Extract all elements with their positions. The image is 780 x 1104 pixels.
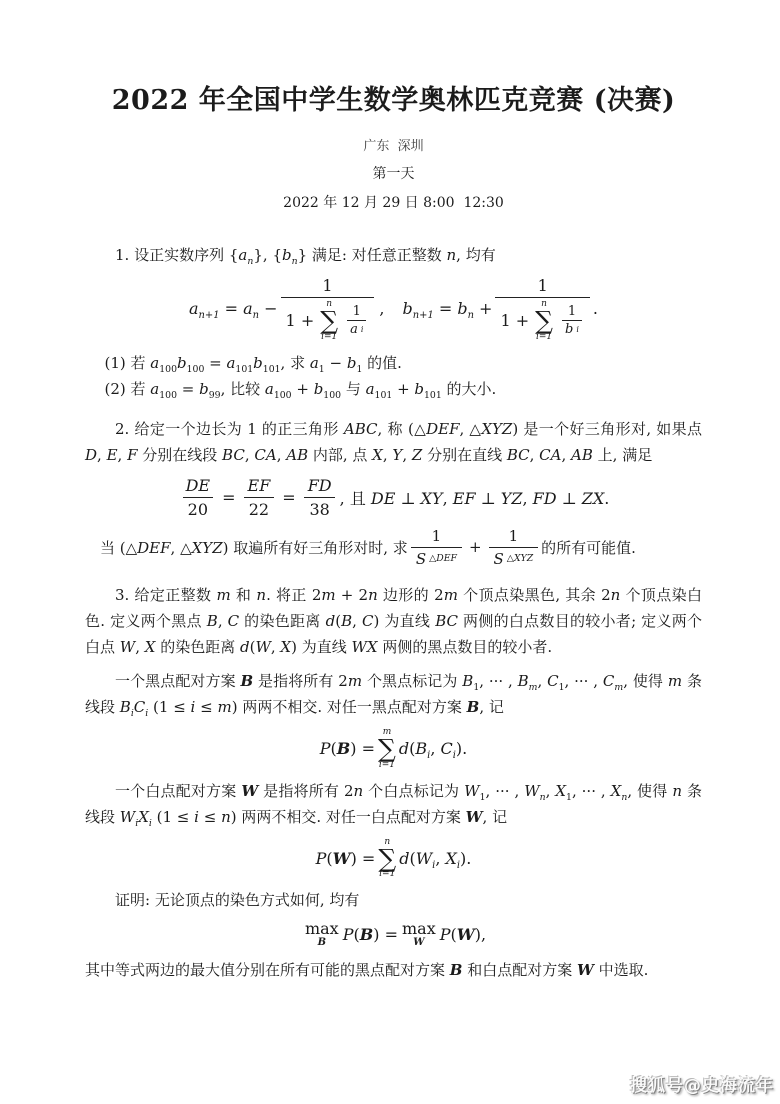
text-run: , — [402, 446, 412, 464]
math-variable: B — [207, 612, 218, 630]
math-variable: FD — [533, 489, 557, 508]
math-variable: Y — [392, 446, 402, 464]
text-run: (1 ≤ — [148, 698, 190, 716]
text-run: ) 为直线 — [373, 612, 435, 630]
formula1-a-lhs: an+1 = an − — [189, 299, 278, 318]
math-variable: n — [447, 246, 457, 264]
text-run: 边形的 2 — [378, 586, 444, 604]
math-variable: B — [415, 739, 427, 758]
math-variable: n — [368, 586, 378, 604]
math-variable: X — [611, 782, 622, 800]
text-run: 3. 给定正整数 — [115, 586, 216, 604]
problem1-part1: (1) 若 a100b100 = a101b101, 求 a1 − b1 的值. — [85, 350, 702, 376]
math-subscript: 100 — [274, 390, 292, 401]
math-variable: X — [138, 808, 149, 826]
text-run: ≤ — [199, 808, 221, 826]
math-variable: AB — [571, 446, 593, 464]
math-variable: n — [256, 586, 266, 604]
math-variable: b — [314, 380, 324, 398]
math-variable: X — [555, 782, 566, 800]
fraction: DE 20 — [181, 476, 216, 519]
math-variable: a — [189, 299, 199, 318]
text-run: 上, 满足 — [593, 446, 652, 464]
text-run: , ··· , — [486, 782, 525, 800]
text-run: ⊥ — [395, 489, 420, 508]
problem2-conclusion: 当 (△DEF, △XYZ) 取遍所有好三角形对时, 求 1 S△DEF + 1… — [85, 527, 702, 568]
problem3-black-formula: P(B) = m ∑ i=1 d(Bi, Ci). — [85, 728, 702, 770]
math-variable: XYZ — [481, 420, 512, 438]
math-variable: d — [399, 739, 409, 758]
math-subscript: m — [529, 682, 538, 693]
text-run: , △ — [171, 539, 192, 557]
text-run: 分别在直线 — [422, 446, 507, 464]
text-run: 个黑点标记为 — [362, 672, 462, 690]
fraction-denominator: 1 + n ∑ i=1 1 bi — [495, 297, 589, 342]
script-letter: W — [241, 782, 258, 800]
plus-sign: + — [469, 538, 482, 556]
text-run: , — [271, 638, 281, 656]
text-run: + — [474, 299, 493, 318]
fraction-numerator: DE — [181, 476, 216, 497]
math-variable: YZ — [501, 489, 523, 508]
summation: m ∑ i=1 — [378, 728, 396, 770]
problem1-statement: 1. 设正实数序列 {an}, {bn} 满足: 对任意正整数 n, 均有 — [85, 242, 702, 268]
text-run: , — [546, 782, 556, 800]
formula-lhs: P(W) = — [316, 849, 376, 868]
math-subscript: 101 — [424, 390, 442, 401]
problem3-white-formula: P(W) = n ∑ i=1 d(Wi, Xi). — [85, 838, 702, 880]
fraction: 1 1 + n ∑ i=1 1 ai — [281, 276, 375, 342]
math-variable: a — [150, 354, 159, 372]
fraction-numerator: FD — [303, 476, 337, 497]
math-variable: a — [310, 354, 319, 372]
text-run: , — [435, 849, 445, 868]
math-variable: m — [321, 586, 335, 604]
text-run: , — [430, 739, 440, 758]
text-run: 的所有可能值. — [541, 539, 636, 557]
math-variable: W — [416, 849, 432, 868]
math-variable: b — [565, 322, 573, 337]
math-variable: b — [177, 354, 187, 372]
conclusion-pre: 当 (△DEF, △XYZ) 取遍所有好三角形对时, 求 — [100, 537, 408, 558]
problem2-statement: 2. 给定一个边长为 1 的正三角形 ABC, 称 (△DEF, △XYZ) 是… — [85, 416, 702, 468]
problem3-final-line: 其中等式两边的最大值分别在所有可能的黑点配对方案 B 和白点配对方案 W 中选取… — [85, 957, 702, 983]
math-variable: AB — [286, 446, 308, 464]
math-variable: B — [120, 698, 131, 716]
text-run: ) 为直线 — [291, 638, 351, 656]
math-variable: m — [668, 672, 682, 690]
equals-sign: = — [222, 488, 235, 507]
math-variable: Z — [412, 446, 422, 464]
fraction-numerator: 1 — [565, 304, 579, 320]
math-variable: C — [441, 739, 453, 758]
fraction-numerator: 1 — [427, 527, 447, 547]
text-run: ) 两两不相交. 对任一黑点配对方案 — [232, 698, 467, 716]
max-under-script: B — [318, 938, 326, 949]
math-variable: ABC — [344, 420, 378, 438]
script-letter: W — [577, 961, 594, 979]
math-variable: XYZ — [192, 539, 223, 557]
text-run: 中选取. — [594, 961, 649, 979]
text-run: ⊥ — [476, 489, 501, 508]
text-run: 一个白点配对方案 — [115, 782, 241, 800]
text-run: , ··· , — [479, 672, 517, 690]
math-variable: b — [199, 380, 209, 398]
script-letter: B — [450, 961, 463, 979]
text-run: , — [352, 612, 362, 630]
script-letter: B — [467, 698, 480, 716]
sum-lower-limit: i=1 — [379, 870, 395, 879]
math-variable: C — [547, 672, 558, 690]
text-run: 的大小. — [442, 380, 497, 398]
math-variable: a — [366, 380, 375, 398]
math-variable: P — [316, 849, 327, 868]
text-run: , 记 — [479, 698, 504, 716]
formula-rhs: P(W), — [440, 925, 486, 944]
watermark: 搜狐号@史海流年 — [630, 1071, 774, 1096]
math-variable: m — [217, 698, 231, 716]
text-run: , ··· , — [572, 782, 611, 800]
text-run: , — [218, 612, 228, 630]
problem3-proof-line: 证明: 无论顶点的染色方式如何, 均有 — [85, 887, 702, 913]
math-variable: n — [221, 808, 231, 826]
math-subscript: 100 — [159, 364, 177, 375]
script-letter: B — [241, 672, 254, 690]
math-variable: m — [444, 586, 458, 604]
summation: n ∑ i=1 — [535, 300, 553, 342]
text-run: , — [245, 446, 255, 464]
math-variable: DEF — [426, 420, 459, 438]
math-variable: S — [494, 550, 504, 568]
math-variable: CA — [539, 446, 561, 464]
formula-tail: , 且 DE ⊥ XY, EF ⊥ YZ, FD ⊥ ZX. — [340, 486, 610, 509]
text-run: , — [443, 489, 453, 508]
fraction: FD 38 — [303, 476, 337, 519]
text-run: − — [259, 299, 278, 318]
math-variable: b — [457, 299, 467, 318]
text-run: 个白点标记为 — [363, 782, 464, 800]
text-run: ≤ — [195, 698, 217, 716]
text-run: − — [325, 354, 347, 372]
text-run: 2. 给定一个边长为 1 的正三角形 — [115, 420, 344, 438]
math-variable: BC — [435, 612, 458, 630]
script-letter: W — [466, 808, 483, 826]
formula1-b-lhs: bn+1 = bn + — [403, 299, 493, 318]
math-variable: C — [228, 612, 239, 630]
max-operator: max B — [305, 921, 339, 948]
math-variable: d — [240, 638, 250, 656]
math-subscript: 100 — [323, 390, 341, 401]
problem3-black-pairing: 一个黑点配对方案 B 是指将所有 2m 个黑点标记为 B1, ··· , Bm,… — [85, 668, 702, 720]
fraction: EF 22 — [243, 476, 276, 519]
text-run: 是指将所有 2 — [253, 672, 348, 690]
summation: n ∑ i=1 — [320, 300, 338, 342]
fraction: 1 S△XYZ — [489, 527, 539, 568]
text-run: 和白点配对方案 — [462, 961, 577, 979]
math-variable: DE — [371, 489, 396, 508]
math-variable: n — [672, 782, 682, 800]
text-run: ) = — [373, 925, 398, 944]
formula-separator: , — [379, 299, 384, 318]
denominator-prefix: 1 + — [500, 311, 529, 330]
math-variable: WX — [352, 638, 378, 656]
math-variable: P — [320, 739, 331, 758]
math-variable: W — [255, 638, 270, 656]
sigma-icon: ∑ — [378, 847, 396, 871]
problem3-statement: 3. 给定正整数 m 和 n. 将正 2m + 2n 边形的 2m 个顶点染黑色… — [85, 582, 702, 660]
problem1-formula: an+1 = an − 1 1 + n ∑ i=1 1 ai , bn+1 = … — [85, 276, 702, 342]
math-variable: BC — [507, 446, 530, 464]
max-label: max — [402, 921, 436, 938]
math-variable: d — [399, 849, 409, 868]
math-variable: b — [403, 299, 413, 318]
text-run: = — [434, 299, 458, 318]
math-variable: a — [243, 299, 253, 318]
text-run: , — [522, 489, 532, 508]
text-run: }, { — [253, 246, 282, 264]
text-run: ) 是一个好三角形对, 如果点 — [512, 420, 702, 438]
formula-rhs: d(Wi, Xi). — [399, 849, 471, 868]
text-run: ). — [456, 739, 467, 758]
text-run: ). — [460, 849, 471, 868]
text-run: 的染色距离 — [155, 638, 240, 656]
text-run: (1 ≤ — [152, 808, 194, 826]
math-variable: W — [464, 782, 479, 800]
text-run: 的值. — [362, 354, 402, 372]
text-run: , 求 — [281, 354, 310, 372]
math-variable: a — [265, 380, 274, 398]
problem3-white-pairing: 一个白点配对方案 W 是指将所有 2n 个白点标记为 W1, ··· , Wn,… — [85, 778, 702, 830]
math-variable: B — [341, 612, 352, 630]
fraction-numerator: 1 — [317, 276, 337, 297]
math-variable: b — [282, 246, 292, 264]
text-run: . — [604, 489, 609, 508]
formula-period: . — [593, 299, 598, 318]
math-variable: n — [611, 586, 621, 604]
script-letter: W — [457, 925, 475, 944]
math-variable: BC — [222, 446, 245, 464]
page-title: 2022 年全国中学生数学奥林匹克竞赛 (决赛) — [85, 78, 702, 117]
math-variable: m — [216, 586, 230, 604]
math-variable: B — [518, 672, 529, 690]
fraction-numerator: 1 — [504, 527, 524, 547]
fraction-denominator: 22 — [244, 497, 274, 519]
text-run: 和 — [231, 586, 257, 604]
max-under-script: W — [413, 938, 424, 949]
text-run: 是指将所有 2 — [258, 782, 353, 800]
text-run: 两侧的黑点数目的较小者. — [378, 638, 553, 656]
text-run: ) = — [350, 739, 375, 758]
fraction-denominator: bi — [562, 320, 582, 337]
text-run: . 将正 2 — [266, 586, 321, 604]
max-operator: max W — [402, 921, 436, 948]
text-run: 内部, 点 — [308, 446, 372, 464]
text-run: , — [97, 446, 107, 464]
text-run: 与 — [341, 380, 366, 398]
fraction-denominator: ai — [347, 320, 366, 337]
day-line: 第一天 — [85, 163, 702, 183]
text-run: , — [530, 446, 540, 464]
fraction-numerator: 1 — [350, 304, 364, 320]
fraction: 1 1 + n ∑ i=1 1 bi — [495, 276, 589, 342]
math-variable: P — [440, 925, 451, 944]
math-variable: X — [372, 446, 383, 464]
text-run: , 均有 — [456, 246, 496, 264]
math-subscript: n+1 — [413, 311, 434, 322]
problem2-formula: DE 20 = EF 22 = FD 38 , 且 DE ⊥ XY, EF ⊥ … — [85, 476, 702, 519]
math-variable: W — [120, 808, 135, 826]
text-run: ) 取遍所有好三角形对时, 求 — [223, 539, 408, 557]
fraction-numerator: EF — [243, 476, 276, 497]
math-variable: E — [107, 446, 118, 464]
sum-lower-limit: i=1 — [379, 761, 395, 770]
math-subscript: 101 — [375, 390, 393, 401]
inner-fraction: 1 bi — [562, 304, 582, 337]
math-variable: d — [326, 612, 336, 630]
text-run: 1. 设正实数序列 { — [115, 246, 238, 264]
script-letter: W — [333, 849, 351, 868]
text-run: , — [561, 446, 571, 464]
math-variable: b — [253, 354, 263, 372]
text-run: 的染色距离 — [239, 612, 325, 630]
text-run: (1) 若 — [105, 354, 151, 372]
text-run: , △ — [460, 420, 482, 438]
text-run: , 使得 — [623, 672, 668, 690]
math-subscript: 100 — [159, 390, 177, 401]
math-variable: ZX — [582, 489, 605, 508]
problem1-part2: (2) 若 a100 = b99, 比较 a100 + b100 与 a101 … — [85, 376, 702, 402]
summation: n ∑ i=1 — [378, 838, 396, 880]
script-letter: B — [360, 925, 374, 944]
math-variable: n — [354, 782, 364, 800]
sigma-icon: ∑ — [535, 309, 553, 333]
math-variable: DEF — [137, 539, 170, 557]
sigma-icon: ∑ — [378, 737, 396, 761]
math-variable: a — [350, 322, 358, 337]
fraction: 1 S△DEF — [411, 527, 462, 568]
math-subscript: m — [614, 682, 623, 693]
text-run: ), — [475, 925, 486, 944]
text-run: , — [538, 672, 548, 690]
text-run: , 记 — [483, 808, 508, 826]
text-run: + — [392, 380, 414, 398]
math-variable: B — [462, 672, 473, 690]
text-run: , — [135, 638, 145, 656]
text-run: 其中等式两边的最大值分别在所有可能的黑点配对方案 — [85, 961, 450, 979]
text-run: = — [204, 354, 226, 372]
text-run: } 满足: 对任意正整数 — [298, 246, 447, 264]
math-variable: CA — [254, 446, 276, 464]
math-subscript: n+1 — [199, 311, 220, 322]
text-run: , ··· , — [565, 672, 603, 690]
math-variable: P — [343, 925, 354, 944]
text-run: 证明: 无论顶点的染色方式如何, 均有 — [115, 891, 359, 909]
math-variable: m — [348, 672, 362, 690]
formula-lhs: P(B) = — [320, 739, 375, 758]
text-run: ⊥ — [557, 489, 582, 508]
text-run: 一个黑点配对方案 — [115, 672, 241, 690]
formula-rhs: d(Bi, Ci). — [399, 739, 467, 758]
datetime-line: 2022 年 12 月 29 日 8:00 12:30 — [85, 192, 702, 212]
text-run: 个顶点染黑色, 其余 2 — [458, 586, 611, 604]
conclusion-post: 的所有可能值. — [541, 537, 636, 558]
math-variable: C — [134, 698, 145, 716]
math-variable: EF — [453, 489, 476, 508]
text-run: , 比较 — [221, 380, 265, 398]
math-subscript: 101 — [263, 364, 281, 375]
text-run: 当 (△ — [100, 539, 137, 557]
sum-lower-limit: i=1 — [536, 333, 552, 342]
fraction-denominator: S△XYZ — [489, 547, 539, 568]
sum-lower-limit: i=1 — [321, 333, 337, 342]
equals-sign: = — [282, 488, 295, 507]
inner-fraction: 1 ai — [347, 304, 366, 337]
math-variable: XY — [421, 489, 443, 508]
math-subscript: 99 — [209, 390, 221, 401]
math-variable: F — [127, 446, 137, 464]
math-variable: b — [414, 380, 424, 398]
math-variable: C — [603, 672, 614, 690]
math-variable: a — [150, 380, 159, 398]
math-variable: W — [120, 638, 135, 656]
math-variable: b — [347, 354, 357, 372]
fraction-denominator: 1 + n ∑ i=1 1 ai — [281, 297, 375, 342]
text-run: + 2 — [336, 586, 368, 604]
max-label: max — [305, 921, 339, 938]
text-run: , 使得 — [627, 782, 672, 800]
text-run: , — [118, 446, 128, 464]
text-run: 分别在线段 — [138, 446, 223, 464]
fraction-numerator: 1 — [533, 276, 553, 297]
math-variable: X — [145, 638, 156, 656]
location-line: 广东 深圳 — [85, 135, 702, 154]
formula-mid: P(B) = — [343, 925, 398, 944]
text-run: + — [292, 380, 314, 398]
math-subscript: 100 — [187, 364, 205, 375]
text-run: , — [277, 446, 287, 464]
document-page: 2022 年全国中学生数学奥林匹克竞赛 (决赛) 广东 深圳 第一天 2022 … — [0, 0, 780, 1104]
fraction-denominator: S△DEF — [411, 547, 462, 568]
math-variable: S — [416, 550, 426, 568]
script-letter: B — [337, 739, 351, 758]
text-run: = — [177, 380, 199, 398]
math-subscript: 101 — [235, 364, 253, 375]
text-run: = — [220, 299, 244, 318]
denominator-prefix: 1 + — [286, 311, 315, 330]
text-run: ) 两两不相交. 对任一白点配对方案 — [231, 808, 466, 826]
problem3-max-formula: max B P(B) = max W P(W), — [85, 921, 702, 948]
text-run: , — [383, 446, 393, 464]
text-run: , 且 — [340, 489, 371, 508]
text-run: (2) 若 — [105, 380, 151, 398]
fraction-denominator: 38 — [304, 497, 334, 519]
fraction-denominator: 20 — [183, 497, 213, 519]
math-variable: W — [524, 782, 539, 800]
text-run: , 称 (△ — [378, 420, 427, 438]
sigma-icon: ∑ — [320, 309, 338, 333]
math-variable: C — [362, 612, 373, 630]
math-variable: X — [280, 638, 291, 656]
math-variable: X — [445, 849, 456, 868]
math-variable: D — [85, 446, 97, 464]
text-run: ) = — [351, 849, 376, 868]
